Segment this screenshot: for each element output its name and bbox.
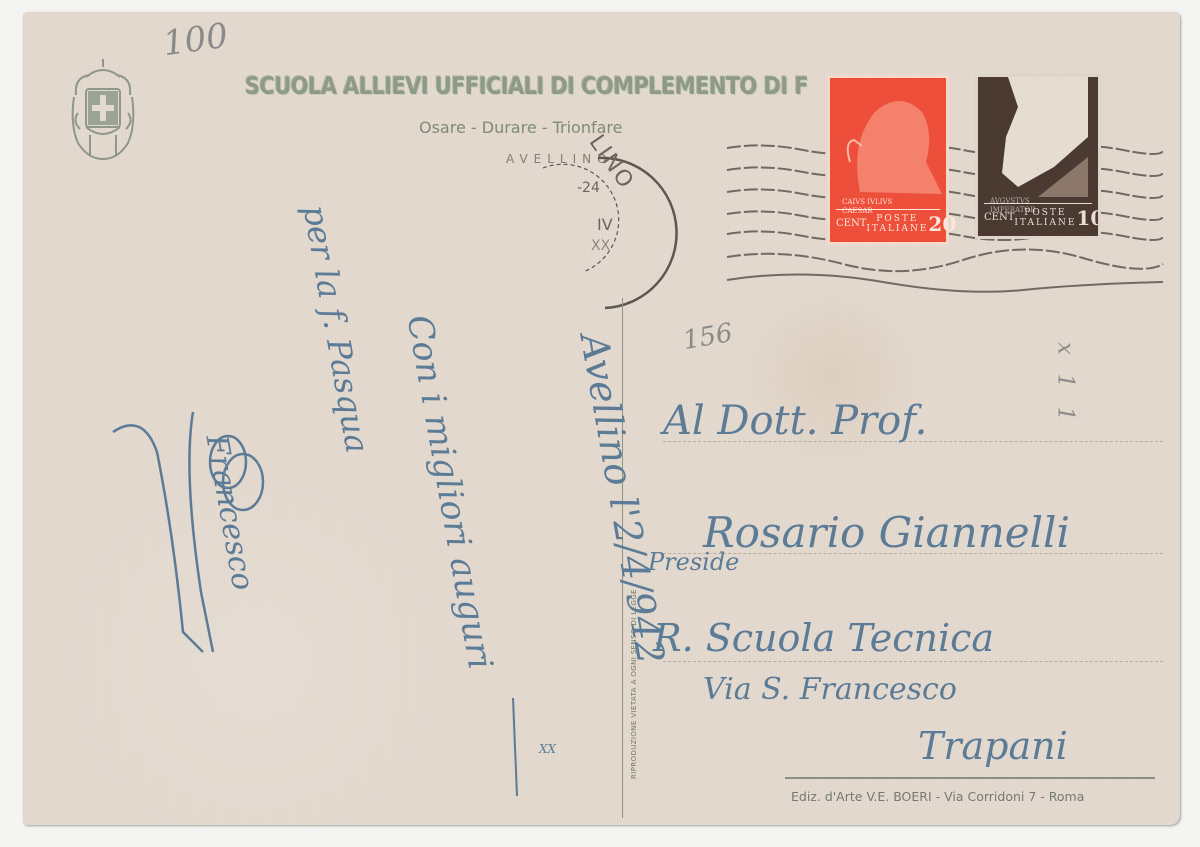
address-title: Preside bbox=[648, 548, 739, 576]
address-bottom-rule bbox=[785, 777, 1155, 779]
augustus-portrait-icon bbox=[978, 77, 1098, 207]
postmark-year: XX bbox=[591, 238, 610, 254]
postmark-day: -24 bbox=[577, 180, 600, 196]
address-salutation: Al Dott. Prof. bbox=[663, 398, 927, 444]
address-line-3 bbox=[663, 661, 1163, 662]
address-name: Rosario Giannelli bbox=[703, 508, 1070, 557]
stamp-unit: CENT bbox=[984, 213, 1014, 223]
julius-caesar-portrait-icon bbox=[830, 82, 946, 202]
stamp-caption: CAIVS IVLIVS bbox=[842, 198, 892, 207]
stamp-italiane: ITALIANE bbox=[1014, 218, 1076, 228]
address-city: Trapani bbox=[918, 724, 1068, 768]
stamp-value: 10 bbox=[1076, 213, 1101, 223]
stamp-italiane: ITALIANE bbox=[866, 224, 928, 234]
address-institution: R. Scuola Tecnica bbox=[653, 616, 994, 660]
stamp-poste: POSTE bbox=[876, 214, 918, 224]
postcard: SCUOLA ALLIEVI UFFICIALI DI COMPLEMENTO … bbox=[23, 12, 1180, 825]
stamp-value: 20 bbox=[928, 219, 956, 229]
stamp-10-cent: AVGVSTVS IMPERATOR CENT POSTE ITALIANE 1… bbox=[975, 74, 1101, 239]
postmark-month: IV bbox=[597, 215, 613, 234]
place-date-suffix: XX bbox=[539, 742, 556, 756]
date-underline bbox=[509, 698, 529, 798]
signature-flourish bbox=[113, 392, 313, 692]
stamp-unit: CENT bbox=[836, 219, 866, 229]
stamp-20-cent: CAIVS IVLIVS CAESAR CENT POSTE ITALIANE … bbox=[827, 75, 949, 245]
publisher-imprint: Ediz. d'Arte V.E. BOERI - Via Corridoni … bbox=[791, 789, 1084, 804]
address-street: Via S. Francesco bbox=[703, 672, 957, 707]
stamp-poste: POSTE bbox=[1024, 208, 1066, 218]
